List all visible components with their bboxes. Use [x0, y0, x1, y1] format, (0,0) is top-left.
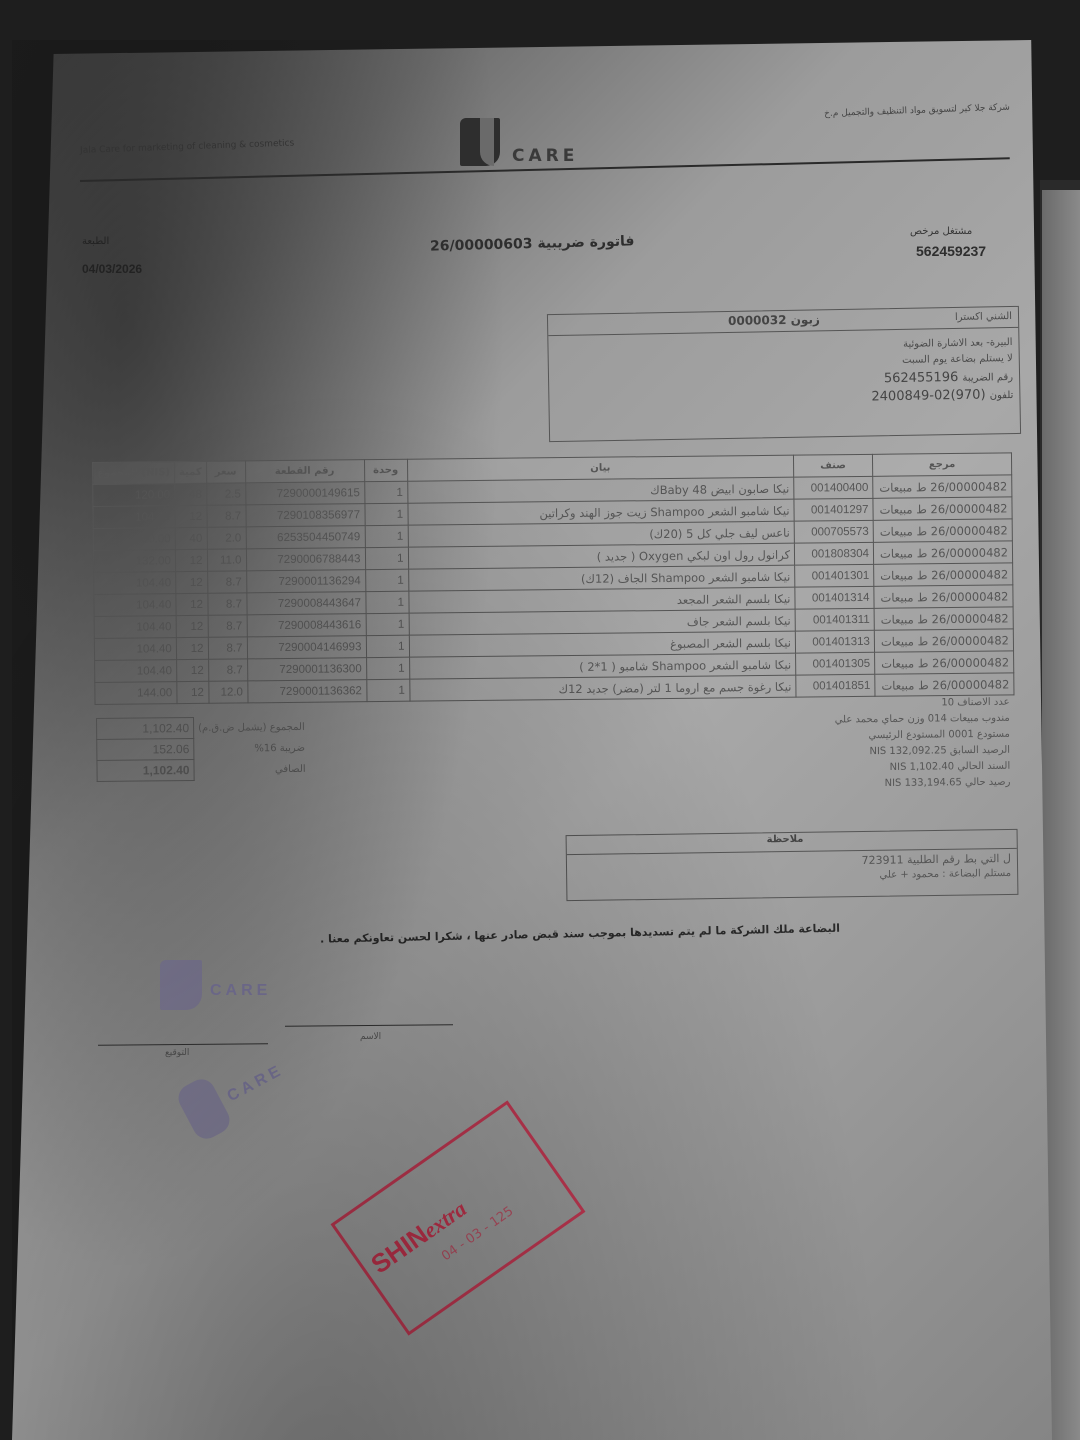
header-price: سعر	[206, 461, 245, 483]
customer-code: زبون 0000032	[728, 312, 820, 328]
header-item: صنف	[793, 454, 872, 477]
net-row: 1,102.40 الصافي	[97, 758, 310, 781]
row-qty: 40	[175, 527, 207, 549]
row-reference: 26/00000482 ط مبيعات	[874, 629, 1013, 652]
customer-tax-label: رقم الضريبة	[962, 372, 1013, 384]
current-balance-value: 133,194.65	[904, 777, 961, 789]
row-qty: 12	[176, 593, 208, 615]
row-barcode: 7290001136362	[247, 680, 366, 703]
current-balance-label: رصيد حالي	[965, 777, 1011, 788]
notes-line-1: ل التي بط رقم الطلبية 723911	[861, 852, 1011, 867]
row-total: 104.40	[94, 594, 176, 617]
header-ref: مرجع	[872, 453, 1011, 476]
company-address-ar: شركة جلا كير لتسويق مواد التنظيف والتجمي…	[700, 103, 1010, 124]
totals-table: 1,102.40 المجموع (يشمل ض.ق.م) 152.06 ضري…	[96, 716, 310, 782]
items-table: المجموع (NIS) كمية سعر رقم القطعة وحدة ب…	[92, 452, 1014, 705]
customer-tax: رقم الضريبة 562455196	[884, 369, 1013, 386]
row-barcode: 7290004146993	[247, 636, 366, 659]
row-item-code: 000705573	[794, 520, 873, 543]
row-price: 8.7	[207, 593, 246, 615]
row-unit: 1	[366, 657, 409, 679]
care-stamp-2: CARE	[174, 1074, 235, 1143]
subtotal-row: 1,102.40 المجموع (يشمل ض.ق.م)	[97, 716, 310, 739]
tax-row: 152.06 ضريبة 16%	[97, 737, 310, 760]
row-price: 8.7	[208, 637, 247, 659]
customer-address-1: البيرة- بعد الاشارة الضوئية	[903, 337, 1013, 350]
salesman-value: 014 وزن حماي محمد علي	[835, 713, 947, 725]
row-item-code: 001400400	[794, 476, 873, 499]
items-count-label: عدد الاصناف	[957, 697, 1009, 709]
row-qty: 48	[175, 483, 207, 505]
row-barcode: 7290108356977	[245, 504, 364, 527]
name-label: الاسم	[360, 1032, 381, 1042]
care-stamp-logo-icon	[160, 960, 202, 1010]
header-barcode: رقم القطعة	[245, 460, 364, 483]
warehouse-label: مستودع	[977, 729, 1010, 740]
care-stamp-1: CARE	[160, 960, 202, 1010]
row-qty: 12	[176, 659, 208, 681]
net-value: 1,102.40	[97, 759, 194, 781]
row-unit: 1	[364, 503, 407, 525]
footer-disclaimer: البضاعة ملك الشركة ما لم يتم تسديدها بمو…	[240, 922, 840, 948]
row-reference: 26/00000482 ط مبيعات	[875, 651, 1014, 674]
row-reference: 26/00000482 ط مبيعات	[875, 673, 1014, 696]
row-total: 104.40	[94, 616, 176, 639]
invoice-document: Jala Care for marketing of cleaning & co…	[0, 0, 1080, 1440]
salesman-label: مندوب مبيعات	[950, 713, 1010, 725]
header-total: المجموع (NIS)	[93, 462, 175, 485]
name-line	[285, 1024, 453, 1026]
row-total: 120.00	[93, 484, 175, 507]
row-price: 2.5	[206, 483, 245, 505]
row-qty: 12	[176, 637, 208, 659]
tax-value: 152.06	[97, 738, 194, 760]
row-price: 11.0	[207, 549, 246, 571]
care-stamp-logo-icon	[174, 1074, 235, 1143]
customer-box: زبون 0000032 الشني اكسترا البيرة- بعد ال…	[547, 306, 1021, 442]
row-barcode: 7290008443616	[247, 614, 366, 637]
row-barcode: 6253504450749	[246, 526, 365, 549]
row-qty: 12	[177, 681, 209, 703]
stamp-brand: SHINextra	[365, 1193, 472, 1281]
row-price: 8.7	[207, 571, 246, 593]
prev-balance-value: 132,092.25	[889, 745, 946, 757]
tax-label: ضريبة 16%	[194, 737, 310, 759]
current-doc-value: 1,102.40	[910, 761, 955, 772]
header-qty: كمية	[174, 461, 206, 483]
row-unit: 1	[365, 525, 408, 547]
header-unit: وحدة	[364, 459, 407, 481]
customer-tax-number: 562455196	[884, 370, 959, 386]
row-reference: 26/00000482 ط مبيعات	[873, 519, 1012, 542]
row-price: 8.7	[208, 615, 247, 637]
net-label: الصافي	[194, 758, 310, 780]
row-description: نيكا رغوة جسم مع اروما 1 لتر (مضر) جديد …	[409, 675, 796, 701]
summary-block: عدد الاصناف 10 مندوب مبيعات 014 وزن حماي…	[760, 697, 1011, 796]
row-reference: 26/00000482 ط مبيعات	[873, 497, 1012, 520]
row-item-code: 001401297	[794, 498, 873, 521]
signature-label: التوقيع	[165, 1048, 189, 1058]
row-barcode: 7290001136294	[246, 570, 365, 593]
current-doc-label: السند الحالي	[957, 761, 1010, 773]
invoice-date: 04/03/2026	[82, 262, 142, 276]
row-barcode: 7290006788443	[246, 548, 365, 571]
row-barcode: 7290000149615	[245, 482, 364, 505]
row-reference: 26/00000482 ط مبيعات	[874, 607, 1013, 630]
warehouse-value: 0001 المستودع الرئيسي	[868, 729, 973, 741]
currency: NIS	[890, 762, 907, 773]
row-unit: 1	[366, 635, 409, 657]
row-total: 104.40	[93, 506, 175, 529]
row-price: 8.7	[206, 505, 245, 527]
customer-address-2: لا يستلم بضاعة يوم السبت	[902, 353, 1013, 366]
row-reference: 26/00000482 ط مبيعات	[873, 475, 1012, 498]
row-item-code: 001401305	[796, 652, 875, 675]
summary-current-balance: رصيد حالي NIS 133,194.65	[760, 777, 1010, 796]
dealer-label: مشتغل مرخص	[910, 226, 972, 237]
row-barcode: 7290001136300	[247, 658, 366, 681]
dealer-number: 562459237	[916, 243, 986, 259]
row-total: 104.40	[95, 660, 177, 683]
row-total: 80.00	[93, 528, 175, 551]
customer-phone: تلفون (970)02-2400849	[871, 387, 1013, 404]
items-count-value: 10	[941, 697, 954, 708]
row-qty: 12	[175, 505, 207, 527]
notes-box: ملاحظة ل التي بط رقم الطلبية 723911 مستل…	[566, 829, 1019, 901]
customer-code-label: زبون	[791, 312, 820, 327]
row-unit: 1	[366, 613, 409, 635]
row-price: 2.0	[207, 527, 246, 549]
customer-name: الشني اكسترا	[955, 311, 1012, 323]
row-unit: 1	[365, 547, 408, 569]
row-item-code: 001401311	[795, 608, 874, 631]
care-stamp-text: CARE	[225, 1061, 288, 1106]
customer-code-value: 0000032	[728, 313, 787, 328]
company-address-en: Jala Care for marketing of cleaning & co…	[80, 134, 420, 156]
currency: NIS	[885, 778, 902, 789]
customer-phone-number: (970)02-2400849	[871, 387, 985, 404]
row-reference: 26/00000482 ط مبيعات	[873, 541, 1012, 564]
row-barcode: 7290008443647	[246, 592, 365, 615]
row-total: 132.00	[93, 550, 175, 573]
row-reference: 26/00000482 ط مبيعات	[874, 563, 1013, 586]
row-total: 144.00	[95, 682, 177, 705]
shinextra-stamp: SHINextra 04 - 03 - 125	[331, 1100, 586, 1335]
row-item-code: 001401314	[795, 586, 874, 609]
row-reference: 26/00000482 ط مبيعات	[874, 585, 1013, 608]
row-price: 12.0	[208, 681, 247, 703]
invoice-title-text: فاتورة ضريبية	[537, 233, 634, 252]
row-total: 104.40	[94, 572, 176, 595]
company-logo-text: CARE	[512, 146, 578, 166]
customer-box-divider	[548, 327, 1018, 336]
invoice-number: 26/00000603	[430, 236, 533, 255]
row-unit: 1	[365, 569, 408, 591]
row-unit: 1	[366, 679, 409, 701]
subtotal-value: 1,102.40	[97, 717, 194, 739]
currency: NIS	[869, 746, 886, 757]
row-qty: 12	[175, 549, 207, 571]
company-logo-icon	[460, 118, 500, 166]
row-item-code: 001401301	[795, 564, 874, 587]
row-price: 8.7	[208, 659, 247, 681]
row-unit: 1	[365, 591, 408, 613]
row-item-code: 001401313	[795, 630, 874, 653]
row-item-code: 001808304	[794, 542, 873, 565]
notes-title: ملاحظة	[767, 834, 804, 846]
prev-balance-label: الرصيد السابق	[950, 745, 1010, 757]
row-qty: 12	[175, 571, 207, 593]
invoice-title: فاتورة ضريبية 26/00000603	[430, 233, 635, 254]
customer-phone-label: تلفون	[990, 390, 1014, 401]
row-qty: 12	[176, 615, 208, 637]
row-total: 104.40	[94, 638, 176, 661]
care-stamp-text: CARE	[210, 982, 271, 1000]
date-label: الطبعة	[82, 236, 109, 247]
subtotal-label: المجموع (يشمل ض.ق.م)	[193, 716, 309, 738]
row-item-code: 001401851	[796, 674, 875, 697]
row-unit: 1	[364, 481, 407, 503]
notes-line-2: مستلم البضاعة : محمود + علي	[879, 868, 1011, 881]
signature-line	[98, 1043, 268, 1045]
